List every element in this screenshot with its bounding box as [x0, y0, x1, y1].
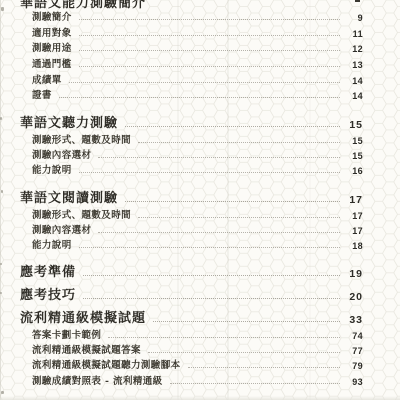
- toc-row-section: 華語文閱讀測驗 17: [0, 187, 400, 206]
- leader-dots: [79, 19, 340, 20]
- toc-entry-title: 華語文聽力測驗: [20, 112, 118, 131]
- leader-dots: [83, 298, 340, 299]
- toc-entry-page: 17: [346, 211, 363, 221]
- toc-entry-page: 18: [346, 241, 363, 251]
- toc-entry-title: 測驗成績對照表 - 流利精通級: [32, 373, 163, 387]
- toc-entry-page: 17: [346, 226, 363, 236]
- toc-entry-title: 測驗形式、題數及時間: [32, 132, 131, 146]
- toc-entry-title: 應考準備: [20, 261, 76, 280]
- toc-row: 測驗形式、題數及時間 17: [0, 207, 400, 221]
- leader-dots: [83, 275, 340, 276]
- leader-dots: [125, 126, 340, 127]
- toc-row: 能力說明 16: [0, 162, 400, 176]
- leader-dots: [153, 321, 340, 322]
- leader-dots: [79, 247, 340, 248]
- toc-row: 測驗內容選材 17: [0, 222, 400, 236]
- leader-dots: [98, 157, 340, 158]
- scanned-toc-page: 華語文能力測驗簡介 測驗簡介 9 適用對象 11 測驗用途 12 通過門檻 13…: [0, 0, 400, 400]
- leader-dots: [59, 97, 340, 98]
- toc-entry-page: 79: [346, 361, 363, 371]
- toc-row: 測驗用途 12: [0, 40, 400, 54]
- cut-page-number-sliver: [355, 0, 360, 2]
- toc-entry-page: 9: [346, 13, 363, 23]
- toc-entry-page: 77: [346, 346, 363, 356]
- toc-entry-page: 13: [346, 60, 363, 70]
- toc-entry-page: 20: [346, 291, 363, 303]
- toc-entry-page: 15: [346, 151, 363, 161]
- scan-bottom-shadow: [0, 396, 400, 400]
- scan-speck: [1, 391, 4, 394]
- toc-entry-title: 測驗內容選材: [32, 222, 91, 236]
- toc-entry-page: 11: [346, 29, 363, 39]
- toc-entry-title: 答案卡劃卡範例: [32, 327, 101, 341]
- toc-entry-title: 流利精通級模擬試題: [20, 307, 146, 326]
- toc-row: 測驗形式、題數及時間 15: [0, 132, 400, 146]
- toc-entry-page: 14: [346, 76, 363, 86]
- table-of-contents: 華語文能力測驗簡介 測驗簡介 9 適用對象 11 測驗用途 12 通過門檻 13…: [0, 0, 400, 400]
- scan-edge-line: [0, 0, 1, 400]
- toc-entry-page: 74: [346, 331, 363, 341]
- toc-row: 測驗成績對照表 - 流利精通級 93: [0, 373, 400, 387]
- scan-speck: [0, 117, 2, 120]
- leader-dots: [69, 82, 340, 83]
- toc-entry-page: 14: [346, 91, 363, 101]
- leader-dots: [138, 217, 340, 218]
- toc-row: 能力說明 18: [0, 237, 400, 251]
- toc-entry-title: 成績單: [32, 72, 62, 86]
- toc-entry-title: 測驗內容選材: [32, 147, 91, 161]
- leader-dots: [138, 142, 340, 143]
- leader-dots: [188, 367, 340, 368]
- leader-dots: [98, 232, 340, 233]
- toc-entry-title: 流利精通級模擬試題答案: [32, 342, 141, 356]
- toc-entry-title: 應考技巧: [20, 284, 76, 303]
- toc-entry-title: 測驗用途: [32, 40, 72, 54]
- toc-row: 測驗簡介 9: [0, 9, 400, 23]
- toc-row: 適用對象 11: [0, 25, 400, 39]
- toc-entry-page: 15: [346, 119, 363, 131]
- toc-row: 流利精通級模擬試題答案 77: [0, 342, 400, 356]
- toc-row: 流利精通級模擬試題聽力測驗腳本 79: [0, 357, 400, 371]
- toc-row: 測驗內容選材 15: [0, 147, 400, 161]
- scan-speck: [1, 7, 4, 11]
- toc-row-section: 華語文聽力測驗 15: [0, 112, 400, 131]
- toc-row: 答案卡劃卡範例 74: [0, 327, 400, 341]
- leader-dots: [170, 383, 340, 384]
- toc-entry-page: 16: [346, 166, 363, 176]
- scan-speck: [1, 190, 3, 193]
- toc-entry-title: 能力說明: [32, 237, 72, 251]
- toc-entry-page: 19: [346, 268, 363, 280]
- toc-entry-page: 33: [346, 314, 363, 326]
- leader-dots: [148, 352, 340, 353]
- toc-entry-page: 93: [346, 377, 363, 387]
- leader-dots: [79, 172, 340, 173]
- toc-entry-page: 17: [346, 194, 363, 206]
- leader-dots: [125, 201, 340, 202]
- leader-dots: [108, 337, 340, 338]
- toc-row: 成績單 14: [0, 72, 400, 86]
- leader-dots: [79, 35, 340, 36]
- toc-entry-title: 測驗簡介: [32, 9, 72, 23]
- toc-entry-title: 測驗形式、題數及時間: [32, 207, 131, 221]
- scan-speck: [0, 292, 2, 294]
- toc-entry-title: 華語文閱讀測驗: [20, 187, 118, 206]
- toc-row-section: 應考技巧 20: [0, 284, 400, 303]
- toc-entry-page: 12: [346, 44, 363, 54]
- toc-row-section: 流利精通級模擬試題 33: [0, 307, 400, 326]
- leader-dots: [79, 50, 340, 51]
- toc-entry-title: 能力說明: [32, 162, 72, 176]
- toc-entry-title: 證書: [32, 87, 52, 101]
- toc-row: 通過門檻 13: [0, 56, 400, 70]
- toc-row-section: 應考準備 19: [0, 261, 400, 280]
- leader-dots: [79, 66, 340, 67]
- toc-row: 證書 14: [0, 87, 400, 101]
- toc-entry-title: 流利精通級模擬試題聽力測驗腳本: [32, 357, 181, 371]
- toc-entry-title: 適用對象: [32, 25, 72, 39]
- toc-entry-page: 15: [346, 136, 363, 146]
- toc-entry-title: 通過門檻: [32, 56, 72, 70]
- scan-speck: [0, 263, 2, 265]
